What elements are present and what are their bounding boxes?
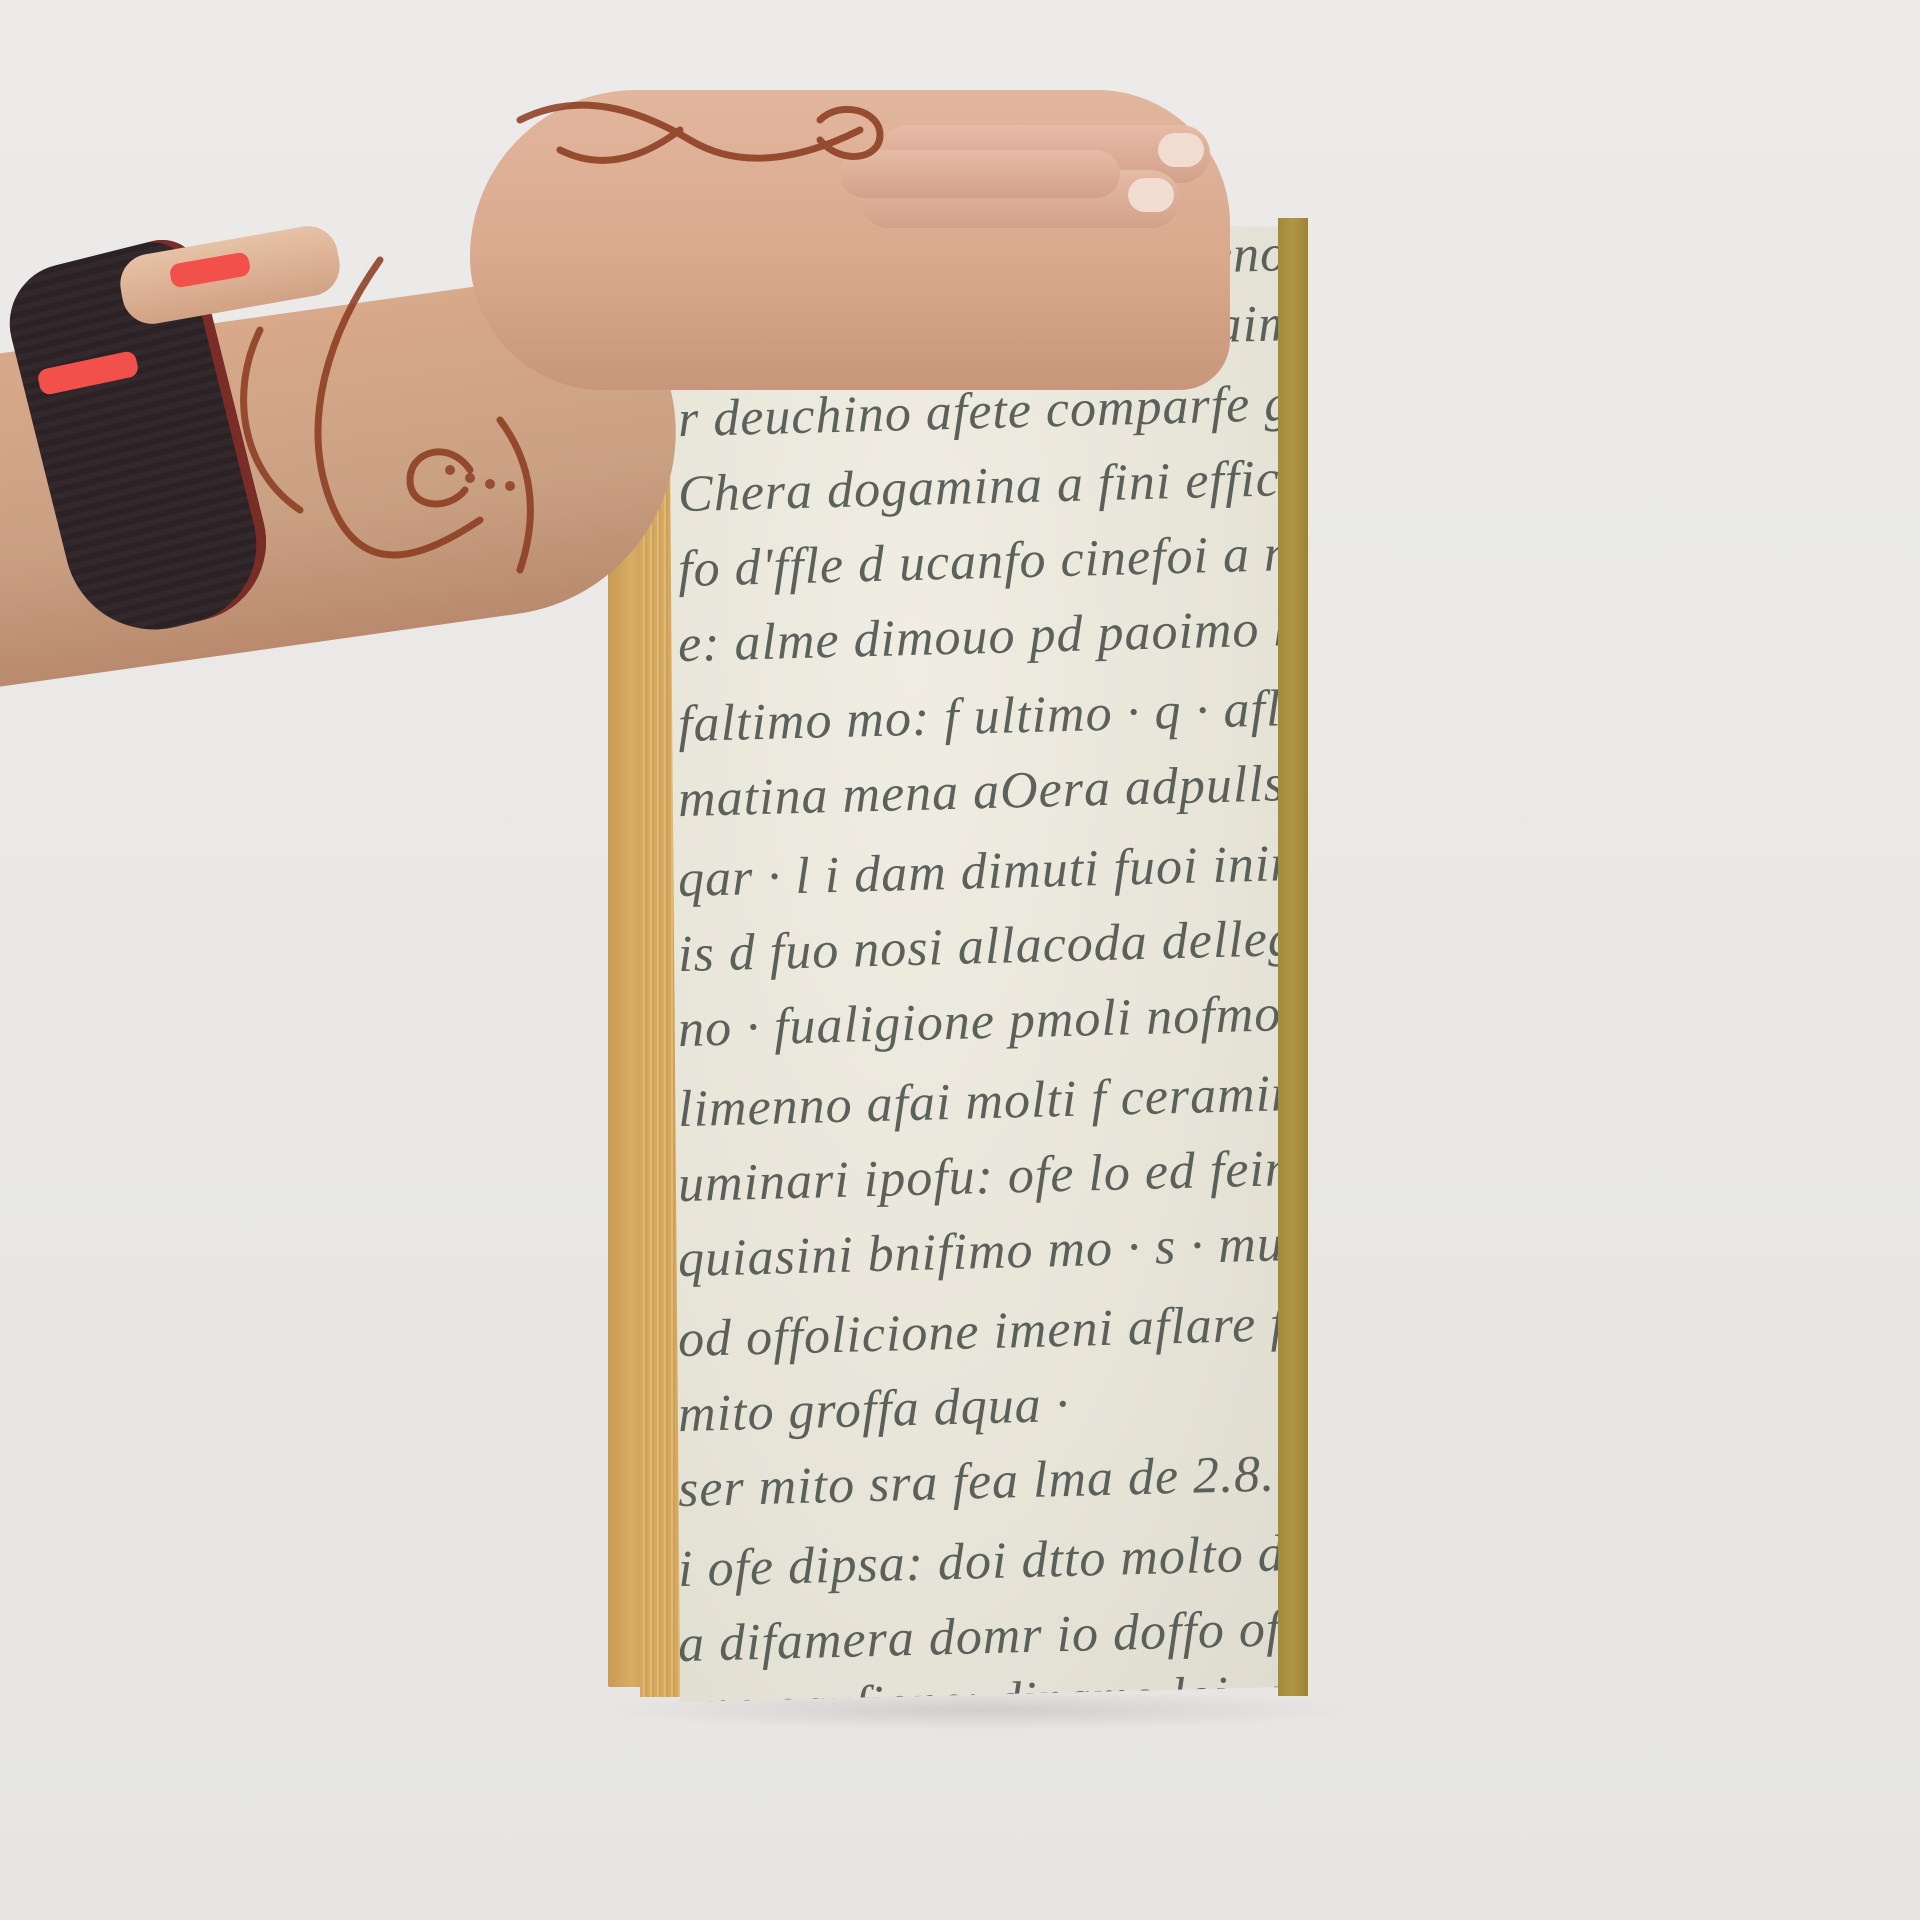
cover-script-line: limenno afai molti f ceramino sifu <box>677 1064 1280 1140</box>
fingernail <box>1128 178 1174 212</box>
cover-script-line: a difamera domr io doffo ofquiame <box>677 1599 1280 1675</box>
cover-script-line: quiasini bnifimo mo · s · mucello ma <box>677 1214 1280 1290</box>
book-front-cover: fin q̃ eg auanithui fergi tenome mi di w… <box>668 212 1280 1702</box>
cover-script-line: ser mito sra fea lma de 2.8. dolapuo: <box>677 1444 1280 1520</box>
cover-script-line: matina mena aOera adpulls fur pi <box>677 754 1280 830</box>
cover-script-line: mito groffa dqua · <box>677 1369 1280 1445</box>
cover-script-line: e: alme dimouo pd paoimo hiermagi <box>677 599 1280 675</box>
cover-script-line: fo d'ffle d ucanfo cinefoi a no . t <box>677 524 1280 600</box>
cover-script-line: faltimo mo: f ultimo · q · aflegio frnat… <box>677 679 1280 755</box>
finger <box>840 150 1120 198</box>
cover-script-line: is d fuo nosi allacoda dellegroti affin <box>677 909 1280 985</box>
book-spine-strip <box>1278 218 1308 1696</box>
cover-script-line: qar · l i dam dimuti fuoi inimici: <box>677 834 1280 910</box>
cover-script-line: Chera dogamina a fini efficiuello io g d <box>677 449 1280 525</box>
cover-script-line: i ofe dipsa: doi dtto molto daluo <box>677 1524 1280 1600</box>
cover-script-line: uminari ipofu: ofe lo ed feinar alu <box>677 1139 1280 1215</box>
product-photo: fin q̃ eg auanithui fergi tenome mi di w… <box>0 0 1920 1920</box>
fingernail <box>1158 133 1204 167</box>
cover-script-line: od offolicione imeni aflare fugia <box>677 1294 1280 1370</box>
cover-script-line: no · fualigione pmoli nofmo iro allau <box>677 984 1280 1060</box>
